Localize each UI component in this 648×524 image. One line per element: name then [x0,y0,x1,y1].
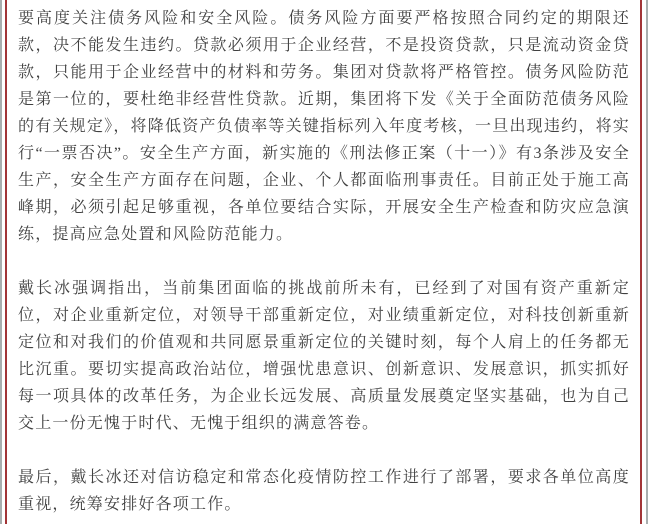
paragraph-dai-changbing-emphasis: 戴长冰强调指出，当前集团面临的挑战前所未有，已经到了对国有资产重新定位，对企业重… [18,275,630,437]
article-body: 要高度关注债务风险和安全风险。债务风险方面要严格按照合同约定的期限还款，决不能发… [18,0,630,518]
article-page: 要高度关注债务风险和安全风险。债务风险方面要严格按照合同约定的期限还款，决不能发… [0,0,648,524]
paragraph-debt-and-safety-risk: 要高度关注债务风险和安全风险。债务风险方面要严格按照合同约定的期限还款，决不能发… [18,5,630,248]
paragraph-closing-deployment: 最后，戴长冰还对信访稳定和常态化疫情防控工作进行了部署，要求各单位高度重视，统筹… [18,464,630,518]
left-outer-border-line [0,0,2,524]
right-red-border-line [640,0,642,524]
left-red-border-line [5,0,7,524]
